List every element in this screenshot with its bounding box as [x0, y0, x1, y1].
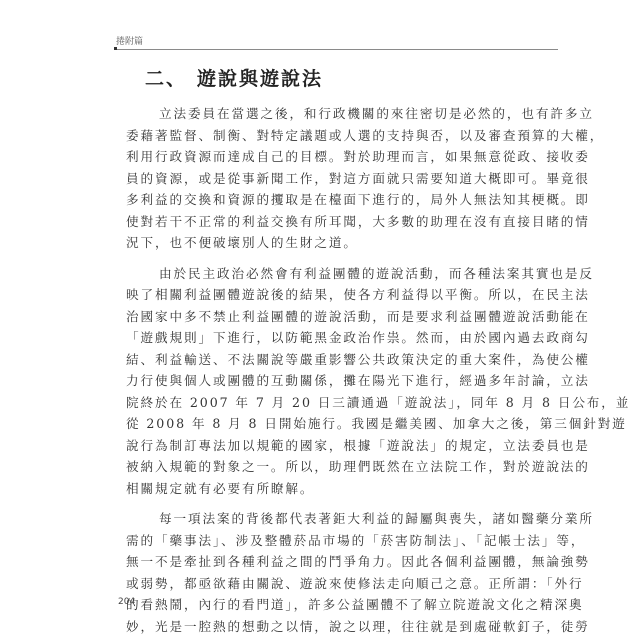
text-line: 立法委員在當選之後，和行政機關的來往密切是必然的，也有許多立: [126, 103, 516, 125]
text-line: 被納入規範的對象之一。所以，助理們既然在立法院工作，對於遊說法的: [126, 456, 516, 478]
text-line: 多利益的交換和資源的攫取是在檯面下進行的，局外人無法知其梗概。即: [126, 189, 516, 211]
text-line: 需的「藥事法」、涉及整體菸品市場的「菸害防制法」、「記帳士法」等，: [126, 530, 516, 552]
paragraph-3: 每一項法案的背後都代表著鉅大利益的歸屬與喪失，諸如醫藥分業所 需的「藥事法」、涉…: [126, 508, 516, 637]
section-title: 遊說與遊說法: [197, 68, 323, 90]
text-line: 力行使與個人或團體的互動關係，攤在陽光下進行，經過多年討論，立法: [126, 370, 516, 392]
text-line: 使對若干不正常的利益交換有所耳聞，大多數的助理在沒有直接目睹的情: [126, 211, 516, 233]
header-marker-dot: [114, 47, 117, 50]
section-heading: 二、遊說與遊說法: [145, 64, 323, 91]
text-line: 況下，也不便破壞別人的生財之道。: [126, 232, 516, 254]
text-line: 或弱勢，都亟欲藉由關說、遊說來使修法走向順己之意。正所謂：「外行: [126, 573, 516, 595]
text-line: 的看熱鬧，內行的看門道」，許多公益團體不了解立院遊說文化之精深奧: [126, 594, 516, 616]
text-line: 無一不是牽扯到各種利益之間的鬥爭角力。因此各個利益團體，無論強勢: [126, 551, 516, 573]
text-line: 員的資源，或是從事新聞工作，對這方面就只需要知道大概即可。畢竟很: [126, 168, 516, 190]
text-line: 映了相關利益團體遊說後的結果，使各方利益得以平衡。所以，在民主法: [126, 284, 516, 306]
text-line: 每一項法案的背後都代表著鉅大利益的歸屬與喪失，諸如醫藥分業所: [126, 508, 516, 530]
text-line: 委藉著監督、制衡、對特定議題或人選的支持與否，以及審查預算的大權，: [126, 125, 516, 147]
text-line: 院終於在 2007 年 7 月 20 日三讀通過「遊說法」，同年 8 月 8 日…: [126, 392, 516, 414]
text-line: 治國家中多不禁止利益團體的遊說活動，而是要求利益團體遊說活動能在: [126, 306, 516, 328]
text-line: 結、利益輸送、不法關說等嚴重影響公共政策決定的重大案件，為使公權: [126, 349, 516, 371]
section-number: 二、: [145, 68, 187, 90]
running-header: 捲附篇: [116, 37, 558, 50]
text-line: 相關規定就有必要有所瞭解。: [126, 478, 516, 500]
paragraph-1: 立法委員在當選之後，和行政機關的來往密切是必然的，也有許多立 委藉著監督、制衡、…: [126, 103, 516, 254]
paragraph-2: 由於民主政治必然會有利益團體的遊說活動，而各種法案其實也是反 映了相關利益團體遊…: [126, 263, 516, 500]
body-text: 立法委員在當選之後，和行政機關的來往密切是必然的，也有許多立 委藉著監督、制衡、…: [126, 103, 516, 640]
text-line: 由於民主政治必然會有利益團體的遊說活動，而各種法案其實也是反: [126, 263, 516, 285]
text-line: 妙，光是一腔熱的想動之以情，說之以理，往往就是到處碰軟釘子，徒勞: [126, 616, 516, 638]
book-page: 捲附篇 二、遊說與遊說法 立法委員在當選之後，和行政機關的來往密切是必然的，也有…: [0, 0, 640, 640]
text-line: 從 2008 年 8 月 8 日開始施行。我國是繼美國、加拿大之後，第三個針對遊: [126, 413, 516, 435]
page-number: 204: [118, 597, 135, 607]
text-line: 利用行政資源而達成自己的目標。對於助理而言，如果無意從政、接收委: [126, 146, 516, 168]
text-line: 「遊戲規則」下進行，以防範黑金政治作祟。然而，由於國內過去政商勾: [126, 327, 516, 349]
running-header-title: 捲附篇: [116, 37, 143, 48]
text-line: 說行為制訂專法加以規範的國家，根據「遊說法」的規定，立法委員也是: [126, 435, 516, 457]
